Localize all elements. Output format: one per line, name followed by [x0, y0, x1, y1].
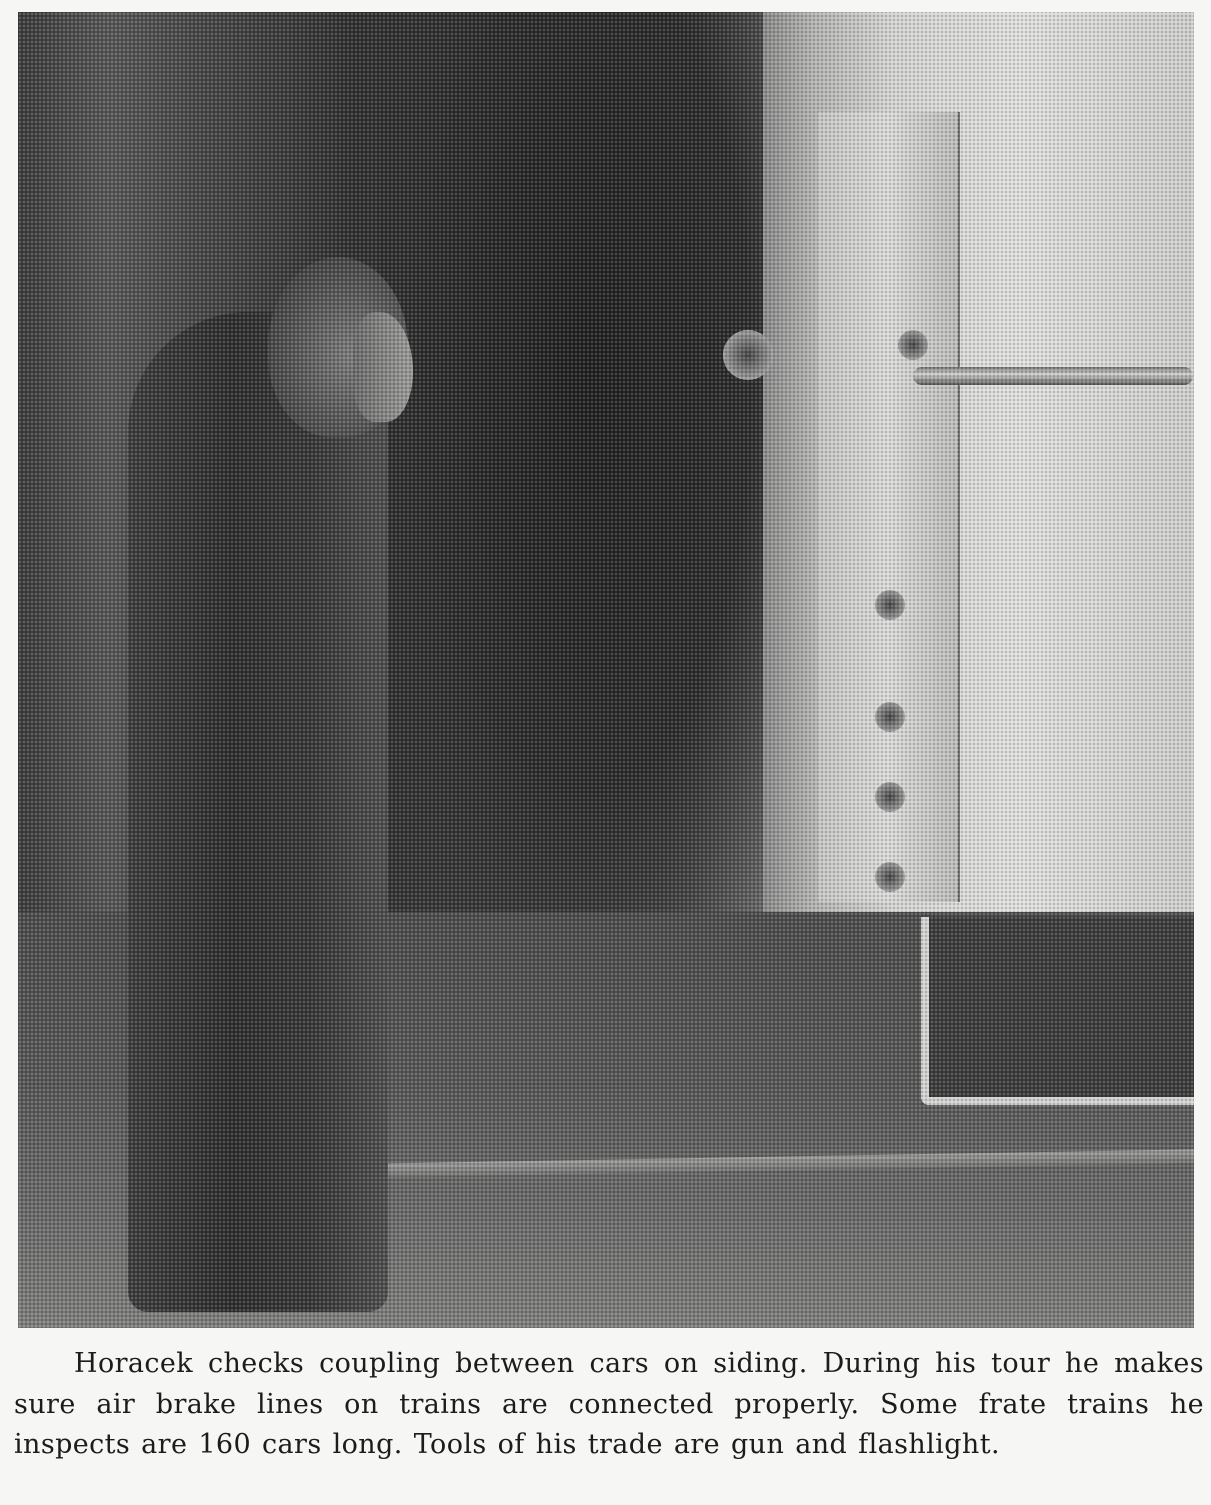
photo-caption: Horacek checks coupling between cars on …	[14, 1344, 1204, 1466]
newspaper-clipping: Horacek checks coupling between cars on …	[0, 0, 1211, 1505]
halftone-texture	[18, 12, 1194, 1328]
caption-text: Horacek checks coupling between cars on …	[14, 1348, 1204, 1460]
news-photo	[18, 12, 1194, 1328]
